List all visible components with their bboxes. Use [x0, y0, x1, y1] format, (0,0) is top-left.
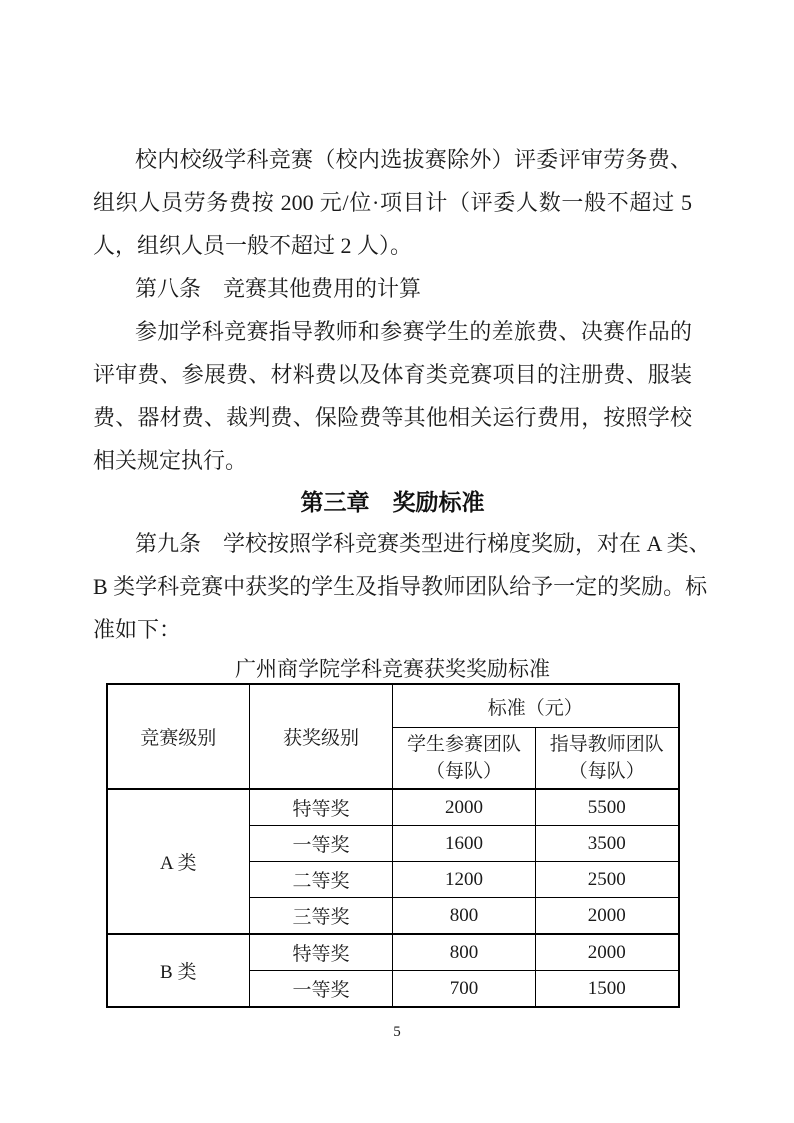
header-competition-level: 竞赛级别 — [107, 684, 250, 789]
body-line: 人，组织人员一般不超过 2 人）。 — [93, 224, 692, 267]
chapter-heading: 第三章 奖励标准 — [93, 482, 692, 522]
header-teacher-team: 指导教师团队（每队） — [536, 728, 679, 790]
cell-award-level: 一等奖 — [250, 826, 393, 862]
awards-table: 竞赛级别获奖级别标准（元）学生参赛团队（每队）指导教师团队（每队）A 类特等奖2… — [106, 683, 680, 1008]
document-page: 校内校级学科竞赛（校内选拔赛除外）评委评审劳务费、组织人员劳务费按 200 元/… — [0, 0, 794, 1123]
table-row: A 类特等奖20005500 — [107, 789, 679, 826]
body-line: 校内校级学科竞赛（校内选拔赛除外）评委评审劳务费、 — [93, 138, 692, 181]
cell-student-amount: 2000 — [393, 789, 536, 826]
cell-award-level: 三等奖 — [250, 898, 393, 935]
cell-student-amount: 800 — [393, 898, 536, 935]
cell-teacher-amount: 5500 — [536, 789, 679, 826]
cell-award-level: 特等奖 — [250, 934, 393, 971]
header-teacher-team-line1: 指导教师团队 — [536, 731, 678, 758]
document-flow: 校内校级学科竞赛（校内选拔赛除外）评委评审劳务费、组织人员劳务费按 200 元/… — [93, 138, 692, 1008]
header-award-level: 获奖级别 — [250, 684, 393, 789]
body-line: 费、器材费、裁判费、保险费等其他相关运行费用，按照学校 — [93, 396, 692, 439]
header-student-team-line2: （每队） — [393, 758, 535, 785]
body-line: 相关规定执行。 — [93, 439, 692, 482]
body-line: 准如下： — [93, 608, 692, 651]
body-line: 参加学科竞赛指导教师和参赛学生的差旅费、决赛作品的 — [93, 310, 692, 353]
cell-student-amount: 1200 — [393, 862, 536, 898]
header-standard-group: 标准（元） — [393, 684, 679, 728]
table-title: 广州商学院学科竞赛获奖奖励标准 — [93, 651, 692, 683]
cell-teacher-amount: 2500 — [536, 862, 679, 898]
awards-table-header: 竞赛级别获奖级别标准（元）学生参赛团队（每队）指导教师团队（每队） — [107, 684, 679, 789]
table-row: B 类特等奖8002000 — [107, 934, 679, 971]
cell-award-level: 二等奖 — [250, 862, 393, 898]
header-student-team-line1: 学生参赛团队 — [393, 731, 535, 758]
body-line: 第八条 竞赛其他费用的计算 — [93, 267, 692, 310]
header-teacher-team-line2: （每队） — [536, 758, 678, 785]
cell-student-amount: 700 — [393, 971, 536, 1008]
cell-category: A 类 — [107, 789, 250, 934]
cell-student-amount: 800 — [393, 934, 536, 971]
awards-table-body: A 类特等奖20005500一等奖16003500二等奖12002500三等奖8… — [107, 789, 679, 1007]
page-number: 5 — [0, 1022, 794, 1042]
body-line: B 类学科竞赛中获奖的学生及指导教师团队给予一定的奖励。标 — [93, 565, 692, 608]
cell-teacher-amount: 3500 — [536, 826, 679, 862]
body-line: 评审费、参展费、材料费以及体育类竞赛项目的注册费、服装 — [93, 353, 692, 396]
cell-teacher-amount: 2000 — [536, 898, 679, 935]
body-line: 第九条 学校按照学科竞赛类型进行梯度奖励，对在 A 类、 — [93, 522, 692, 565]
cell-category: B 类 — [107, 934, 250, 1007]
header-student-team: 学生参赛团队（每队） — [393, 728, 536, 790]
cell-award-level: 特等奖 — [250, 789, 393, 826]
cell-teacher-amount: 1500 — [536, 971, 679, 1008]
body-line: 组织人员劳务费按 200 元/位·项目计（评委人数一般不超过 5 — [93, 181, 692, 224]
cell-student-amount: 1600 — [393, 826, 536, 862]
cell-teacher-amount: 2000 — [536, 934, 679, 971]
table-header-row: 竞赛级别获奖级别标准（元） — [107, 684, 679, 728]
cell-award-level: 一等奖 — [250, 971, 393, 1008]
